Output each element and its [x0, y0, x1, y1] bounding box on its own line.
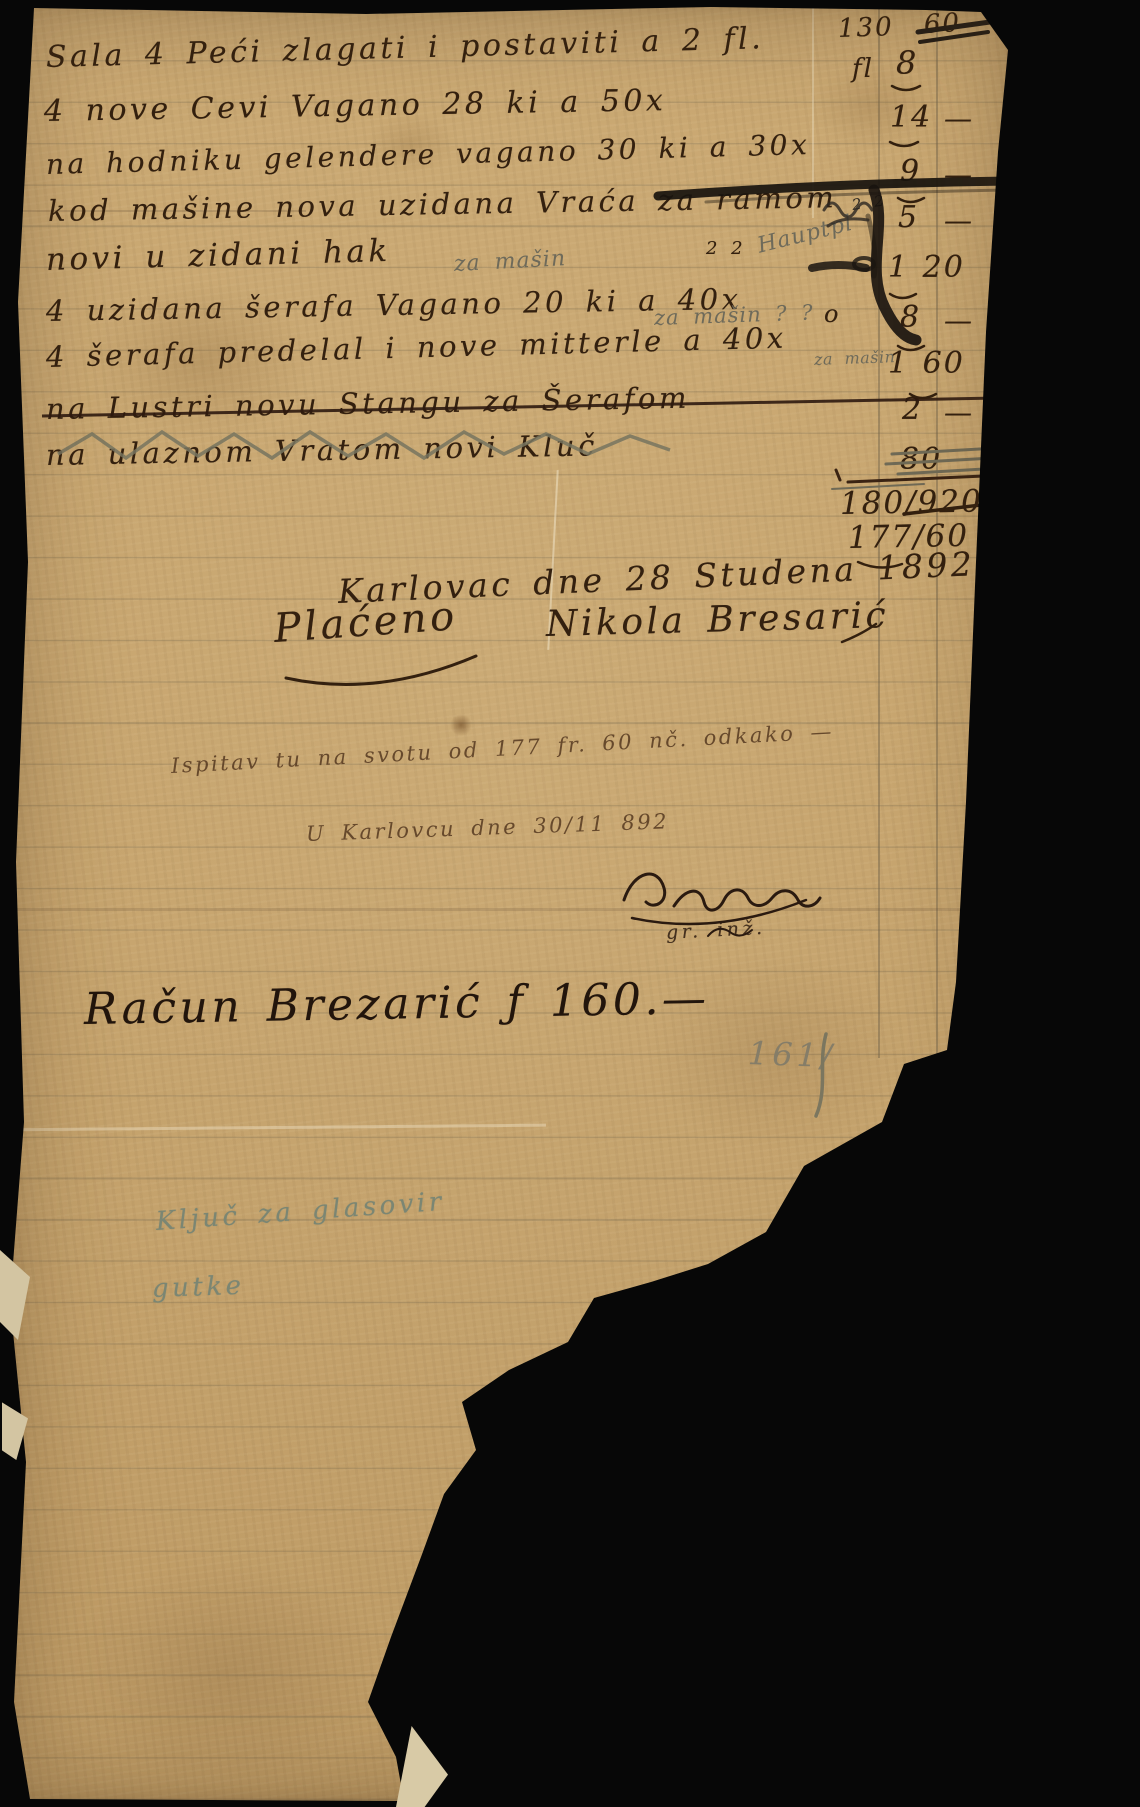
- item-row-4-amount: 5: [898, 200, 919, 235]
- item-row-6-dash: —: [944, 304, 974, 337]
- item-row-7-pencil-note: za mašin: [814, 347, 896, 369]
- item-row-2-dash: —: [944, 102, 974, 135]
- item-row-1-currency: fl: [852, 54, 874, 84]
- pencil-note-line-2: gutke: [151, 1271, 244, 1304]
- paid-label: Plaćeno: [272, 593, 459, 652]
- item-row-7-amount: 1 60: [888, 346, 965, 381]
- item-row-5-pencil-note: za mašin: [453, 246, 566, 277]
- correction-struck-value: 60: [923, 8, 962, 40]
- stain: [66, 1562, 386, 1782]
- charcoal-scribble-note: 2 2: [851, 192, 886, 214]
- item-row-2-amount: 14: [890, 100, 932, 135]
- item-row-8-dash: —: [944, 396, 974, 429]
- crease: [6, 908, 1014, 911]
- item-row-9-text: na ulaznom Vratom novi Kluč: [46, 428, 598, 472]
- charcoal-blob: [812, 258, 874, 270]
- scanned-receipt-photo: 130 60 Sala 4 Peći zlagati i postaviti a…: [0, 0, 1140, 1807]
- item-row-5-text: novi u zidani hak: [46, 233, 392, 278]
- placeno-flourish: [286, 656, 476, 684]
- item-row-4-text: kod mašine nova uzidana Vraća za ramom: [48, 180, 838, 228]
- item-row-3-dash: —: [944, 158, 974, 191]
- pencil-note-line-1: Ključ za glasovir: [155, 1187, 446, 1237]
- verification-note-line-1: Ispitav tu na svotu od 177 fr. 60 nč. od…: [170, 719, 834, 778]
- correction-value: 130: [837, 12, 894, 44]
- item-row-6-ink-note: o: [824, 300, 842, 328]
- item-row-1-amount: 8: [896, 44, 918, 82]
- crease: [6, 1124, 546, 1132]
- item-row-2-text: 4 nove Cevi Vagano 28 ki a 50x: [44, 83, 667, 129]
- item-row-5-amount: 1 20: [888, 250, 965, 285]
- item-row-8-amount: 2: [902, 392, 923, 427]
- verification-note-line-2: U Karlovcu dne 30/11 892: [306, 809, 670, 846]
- official-signature-title: gr. inž.: [665, 917, 766, 944]
- item-row-9-amount: 80: [900, 442, 942, 477]
- item-row-5-ink-note: 2 2: [706, 238, 744, 259]
- pencil-reference-number: 161/: [747, 1034, 836, 1075]
- item-row-4-dash: —: [944, 204, 974, 237]
- signature-nikola-bresaric: Nikola Bresarić: [545, 595, 889, 645]
- ink-spot: [450, 714, 472, 736]
- torn-paper-fragment: [396, 1726, 448, 1807]
- item-row-6-amount: 8: [900, 300, 921, 335]
- summary-line: Račun Brezarić ƒ 160.—: [84, 973, 710, 1035]
- item-row-5-pencil-note-2: Hauptpl: [755, 211, 856, 259]
- item-row-3-amount: 9: [900, 154, 921, 189]
- subtotal-struck: 180/920: [840, 484, 983, 522]
- paper-sheet: 130 60 Sala 4 Peći zlagati i postaviti a…: [6, 2, 1014, 1805]
- item-row-6-text: 4 uzidana šerafa Vagano 20 ki a 40x: [46, 282, 742, 328]
- item-row-1-text: Sala 4 Peći zlagati i postaviti a 2 fl.: [46, 21, 765, 75]
